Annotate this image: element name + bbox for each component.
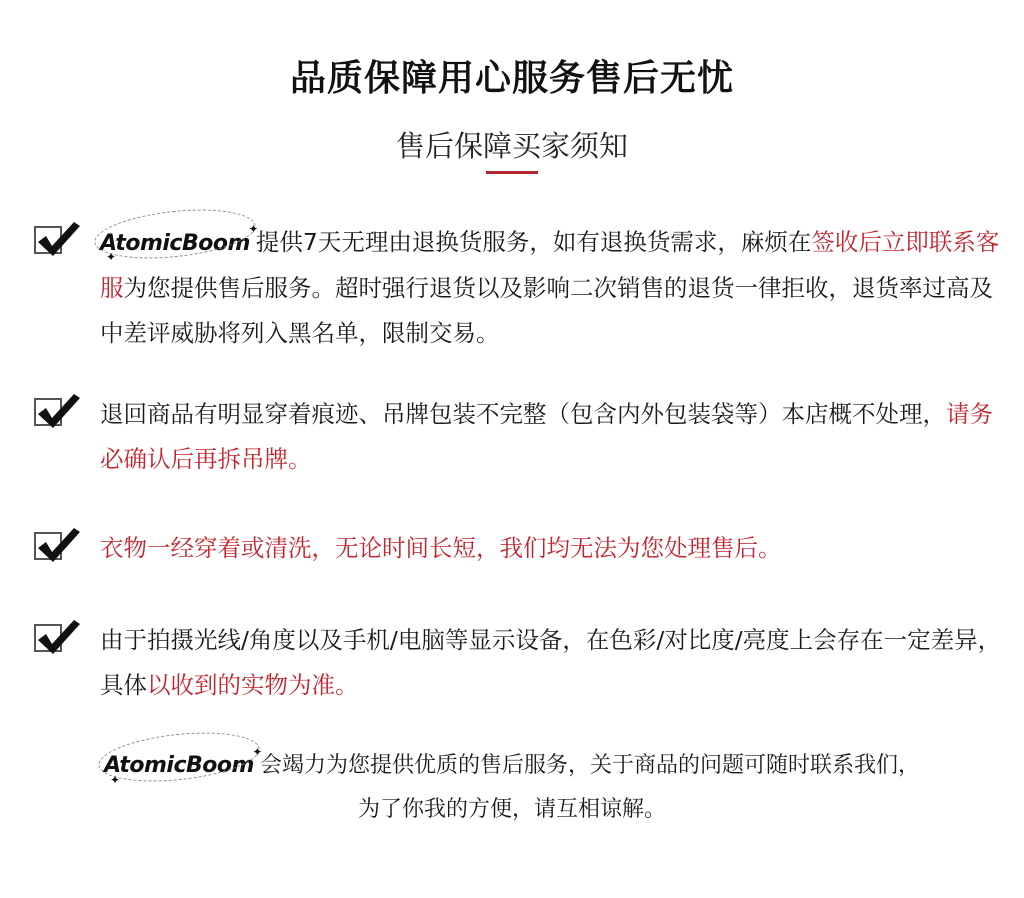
logo-text: AtomicBoom	[104, 753, 254, 778]
notice-text: ✦✦AtomicBoom提供7天无理由退换货服务，如有退换货需求，麻烦在签收后立…	[100, 220, 1010, 356]
footer-line-1: ✦✦AtomicBoom会竭力为您提供优质的售后服务，关于商品的问题可随时联系我…	[0, 744, 1024, 788]
text-segment-highlight: 以收到的实物为准。	[147, 671, 359, 699]
brand-logo: ✦✦AtomicBoom	[104, 744, 254, 788]
checkbox-checked-icon	[34, 532, 62, 560]
text-segment-highlight: 衣物一经穿着或清洗，无论时间长短，我们均无法为您处理售后。	[100, 534, 782, 562]
checkbox-checked-icon	[34, 226, 62, 254]
checkbox-checked-icon	[34, 624, 62, 652]
checkbox-checked-icon	[34, 398, 62, 426]
sparkle-icon: ✦	[110, 758, 120, 802]
page-title: 品质保障用心服务售后无忧	[0, 50, 1024, 101]
sparkle-icon: ✦	[252, 730, 262, 774]
text-segment: 提供7天无理由退换货服务，如有退换货需求，麻烦在	[256, 228, 811, 256]
sparkle-icon: ✦	[248, 207, 258, 252]
sparkle-icon: ✦	[106, 235, 116, 280]
logo-text: AtomicBoom	[100, 231, 250, 256]
notice-text: 退回商品有明显穿着痕迹、吊牌包装不完整（包含内外包装袋等）本店概不处理，请务必确…	[100, 392, 1010, 482]
text-segment: 为您提供售后服务。超时强行退货以及影响二次销售的退货一律拒收，退货率过高及中差评…	[100, 274, 993, 347]
title-divider	[486, 171, 538, 174]
text-segment: 退回商品有明显穿着痕迹、吊牌包装不完整（包含内外包装袋等）本店概不处理，	[100, 400, 946, 428]
footer-line-2: 为了你我的方便，请互相谅解。	[0, 788, 1024, 832]
footer-text: 会竭力为您提供优质的售后服务，关于商品的问题可随时联系我们，	[260, 753, 920, 778]
notice-text: 衣物一经穿着或清洗，无论时间长短，我们均无法为您处理售后。	[100, 526, 1010, 571]
footer-note: ✦✦AtomicBoom会竭力为您提供优质的售后服务，关于商品的问题可随时联系我…	[0, 744, 1024, 832]
notice-text: 由于拍摄光线/角度以及手机/电脑等显示设备，在色彩/对比度/亮度上会存在一定差异…	[100, 618, 1010, 708]
brand-logo: ✦✦AtomicBoom	[100, 221, 250, 266]
page-subtitle: 售后保障买家须知	[0, 124, 1024, 165]
